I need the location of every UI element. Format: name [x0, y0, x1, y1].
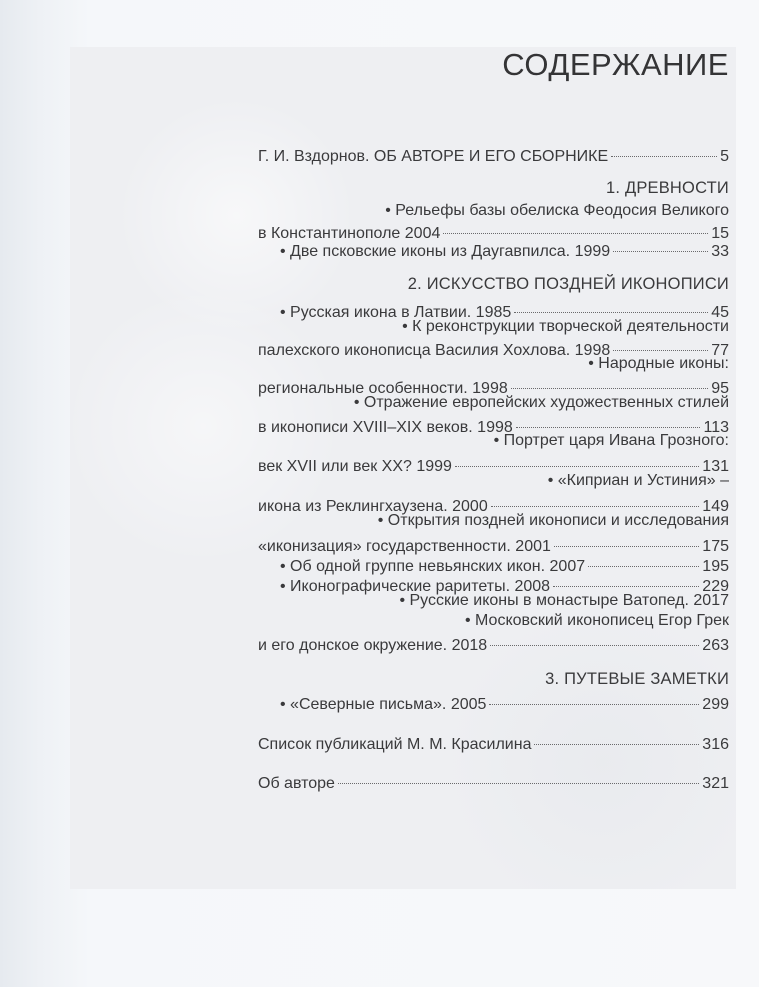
toc-entry-intro[interactable]: Г. И. Вздорнов. ОБ АВТОРЕ И ЕГО СБОРНИКЕ… [258, 141, 729, 161]
dot-leader [613, 236, 708, 256]
page-title: СОДЕРЖАНИЕ [502, 47, 729, 83]
toc-entry-text: и его донское окружение. 2018 [258, 636, 487, 656]
toc-entry-line[interactable]: • Московский иконописец Егор Грек [258, 611, 729, 631]
dot-leader [490, 630, 699, 650]
dot-leader [338, 768, 699, 788]
toc-entry-line[interactable]: • Портрет царя Ивана Грозного: [258, 431, 729, 451]
toc-page-number: 321 [702, 774, 729, 794]
toc-entry-text: • «Северные письма». 2005 [280, 695, 486, 715]
section-heading-3: 3. ПУТЕВЫЕ ЗАМЕТКИ [258, 669, 729, 689]
toc-entry-text: Список публикаций М. М. Красилина [258, 735, 531, 755]
toc-entry-line[interactable]: • К реконструкции творческой деятельност… [258, 317, 729, 337]
toc-entry[interactable]: «иконизация» государственности. 2001 175 [258, 531, 729, 551]
toc-entry-text: Г. И. Вздорнов. ОБ АВТОРЕ И ЕГО СБОРНИКЕ [258, 147, 608, 167]
dot-leader [443, 218, 708, 238]
dot-leader [534, 729, 699, 749]
toc-entry[interactable]: • «Северные письма». 2005 299 [280, 689, 729, 709]
toc-entry-line[interactable]: • «Киприан и Устиния» – [258, 471, 729, 491]
dot-leader [554, 531, 699, 551]
toc-entry-text: Об авторе [258, 774, 335, 794]
toc-entry-line[interactable]: • Открытия поздней иконописи и исследова… [258, 511, 729, 531]
dot-leader [588, 551, 699, 571]
dot-leader [514, 297, 708, 317]
toc-entry[interactable]: икона из Реклингхаузена. 2000 149 [258, 491, 729, 511]
toc-entry[interactable]: • Русская икона в Латвии. 1985 45 [280, 297, 729, 317]
dot-leader [489, 689, 699, 709]
toc-entry[interactable]: в иконописи XVIII–XIX веков. 1998 113 [258, 412, 729, 432]
toc-entry-line[interactable]: • Русские иконы в монастыре Ватопед. 201… [258, 591, 729, 611]
toc-entry-line[interactable]: • Народные иконы: [258, 354, 729, 374]
section-heading-1: 1. ДРЕВНОСТИ [258, 178, 729, 198]
toc-page-number: 299 [702, 695, 729, 715]
dot-leader [553, 571, 699, 591]
toc-entry-publications[interactable]: Список публикаций М. М. Красилина 316 [258, 729, 729, 749]
toc-entry[interactable]: палехского иконописца Василия Хохлова. 1… [258, 335, 729, 355]
toc-entry[interactable]: • Иконографические раритеты. 2008 229 [280, 571, 729, 591]
dot-leader [611, 141, 717, 161]
toc-entry[interactable]: в Константинополе 2004 15 [258, 218, 729, 238]
toc-page-number: 316 [702, 735, 729, 755]
dot-leader [516, 412, 701, 432]
toc-entry[interactable]: региональные особенности. 1998 95 [258, 373, 729, 393]
toc-entry-text: • Две псковские иконы из Даугавпилса. 19… [280, 242, 610, 262]
dot-leader [491, 491, 700, 511]
toc-entry[interactable]: • Об одной группе невьянских икон. 2007 … [280, 551, 729, 571]
toc-entry[interactable]: век XVII или век XX? 1999 131 [258, 451, 729, 471]
toc-page-number: 263 [702, 636, 729, 656]
dot-leader [455, 451, 699, 471]
dot-leader [511, 373, 708, 393]
toc-page-number: 5 [720, 147, 729, 167]
toc-entry[interactable]: • Две псковские иконы из Даугавпилса. 19… [280, 236, 729, 256]
toc-entry[interactable]: и его донское окружение. 2018 263 [258, 630, 729, 650]
section-heading-2: 2. ИСКУССТВО ПОЗДНЕЙ ИКОНОПИСИ [258, 274, 729, 294]
toc-page-number: 33 [711, 242, 729, 262]
toc-entry-line[interactable]: • Отражение европейских художественных с… [258, 393, 729, 413]
dot-leader [613, 335, 708, 355]
toc-entry-about-author[interactable]: Об авторе 321 [258, 768, 729, 788]
